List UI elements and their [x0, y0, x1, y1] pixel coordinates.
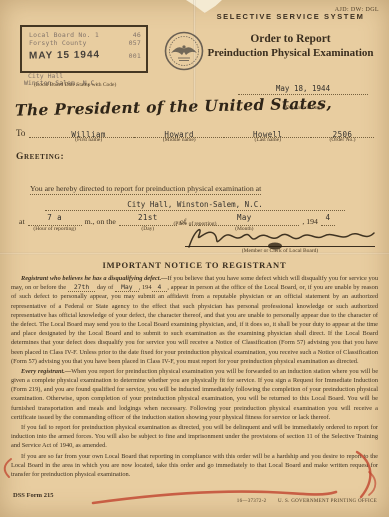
on-the-label: m., on the [82, 217, 119, 226]
typed-fill-value: May [115, 284, 138, 292]
notice-paragraph: Registrant who believes he has a disqual… [11, 274, 378, 366]
notice-text: Every registrant.— [21, 368, 71, 375]
local-board-stamp-box: Local Board No. 1 46 Forsyth County 057 … [20, 25, 148, 73]
stamp-code-mid: 057 [129, 39, 141, 47]
document-title-line1: Order to Report [198, 33, 383, 45]
stamp-code-bottom: 001 [129, 52, 141, 60]
date-stamp: MAY 15 1944 [29, 50, 100, 62]
last-name-caption: (Last name) [224, 137, 311, 143]
notice-text: Registrant who believes he has a disqual… [21, 275, 168, 282]
year-digit-value: 4 [325, 213, 330, 222]
notice-title: IMPORTANT NOTICE TO REGISTRANT [0, 260, 389, 270]
stamp-row: Forsyth County 057 [29, 39, 141, 47]
stamp-date-row: MAY 15 1944 001 [29, 50, 141, 61]
printing-office-name: U. S. GOVERNMENT PRINTING OFFICE [278, 499, 377, 504]
agency-name: SELECTIVE SERVICE SYSTEM [198, 12, 383, 21]
hour-value: 7 a [47, 213, 62, 222]
notice-paragraph: If you fail to report for preinduction p… [11, 423, 378, 451]
middle-name-field: Howard (Middle name) [134, 124, 225, 138]
notice-text: day of [95, 284, 115, 291]
printing-office-line: 16—37372-2 U. S. GOVERNMENT PRINTING OFF… [237, 499, 377, 504]
signature-block: (Member or Clerk of Local Board) [185, 224, 375, 254]
signature-line [185, 224, 375, 247]
at-label: at [16, 217, 28, 226]
hour-caption: (Hour of reporting) [28, 226, 82, 232]
form-number: DSS Form 215 [13, 492, 53, 499]
addressee-row: To William (First name) Howard (Middle n… [16, 124, 374, 138]
notice-paragraph: Every registrant.—When you report for pr… [11, 367, 378, 422]
notice-text: , 194 [139, 284, 152, 291]
stamp-row: Local Board No. 1 46 [29, 31, 141, 39]
stamp-county-line: Forsyth County [29, 39, 87, 47]
president-script-line: The President of the United States, [15, 93, 332, 119]
header: SELECTIVE SERVICE SYSTEM Order to Report… [198, 12, 383, 59]
day-caption: (Day) [119, 226, 177, 232]
document-page: AJD: DW: DGL Local Board No. 1 46 Forsyt… [0, 0, 389, 517]
typed-fill-value: 27th [68, 284, 95, 292]
day-value: 21st [138, 213, 158, 222]
greeting-label: Greeting: [16, 152, 64, 162]
order-number-field: 2506 (Order No.) [311, 124, 374, 138]
to-label: To [16, 128, 29, 138]
handwritten-signature [179, 222, 379, 252]
notice-text: If you are so far from your own Local Bo… [11, 453, 378, 478]
first-name-field: William (First name) [43, 124, 134, 138]
place-value: City Hall, Winston-Salem, N.C. [45, 200, 345, 211]
stamp-caption-area: Winston-Salem, N.C. (Local Board Date St… [24, 79, 174, 88]
dotted-rule [29, 124, 43, 138]
hour-field: 7 a (Hour of reporting) [28, 213, 82, 226]
typed-fill-value: 4 [152, 284, 168, 292]
stamp-caption: (Local Board Date Stamp with Code) [34, 82, 174, 88]
day-field: 21st (Day) [119, 213, 177, 226]
stamp-code-top: 46 [133, 31, 141, 39]
notice-text: When you report for preinduction physica… [11, 368, 378, 421]
middle-name-caption: (Middle name) [134, 137, 225, 143]
notice-text: If you fail to report for preinduction p… [11, 424, 378, 449]
notice-body: Registrant who believes he has a disqual… [11, 274, 378, 490]
notice-text: , appear in person at the office of the … [11, 284, 378, 365]
print-code: 16—37372-2 [237, 499, 267, 504]
notice-paragraph: If you are so far from your own Local Bo… [11, 452, 378, 480]
last-name-field: Howell (Last name) [224, 124, 311, 138]
stamp-board-line: Local Board No. 1 [29, 31, 99, 39]
first-name-caption: (First name) [43, 137, 134, 143]
document-title-line2: Preinduction Physical Examination [198, 47, 383, 59]
month-value: May [237, 213, 252, 222]
order-number-caption: (Order No.) [311, 137, 374, 143]
